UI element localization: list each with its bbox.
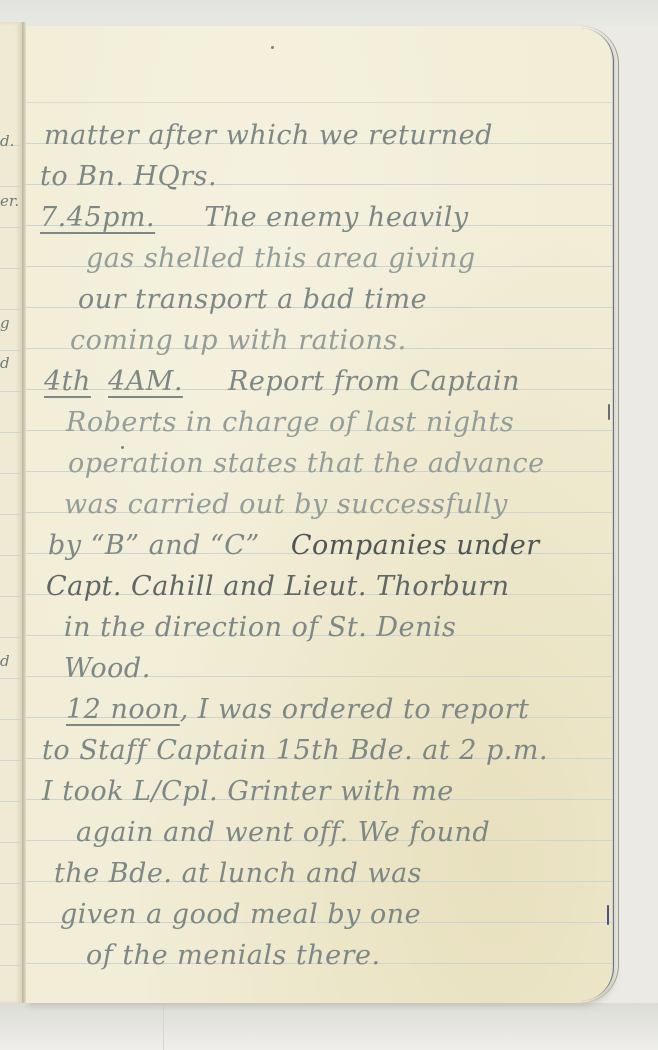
ruled-line: [0, 719, 22, 720]
ruled-line: [0, 473, 22, 474]
entry-time: 4AM.: [108, 366, 183, 397]
ruled-line: [0, 637, 22, 638]
text-line-13: in the direction of St. Denis: [64, 612, 456, 643]
text-line-3: 7.45pm. The enemy heavily: [40, 202, 469, 233]
margin-pencil-mark: [608, 404, 610, 420]
ruled-line: [0, 514, 22, 515]
margin-ink-mark: [607, 905, 609, 925]
line-text: Report from Captain: [228, 366, 520, 397]
previous-page-fragment: er.: [0, 192, 19, 210]
handwritten-text: matter after which we returned to Bn. HQ…: [26, 26, 612, 1003]
line-text: by “B” and “C”: [48, 530, 260, 561]
text-line-18: again and went off. We found: [76, 817, 490, 848]
ruled-line: [0, 268, 22, 269]
line-text: the Bde. at lunch and was: [54, 858, 422, 889]
line-text: Wood.: [64, 653, 151, 684]
line-text: to Staff Captain 15th Bde. at 2 p.m.: [42, 735, 548, 766]
line-text: in the direction of St. Denis: [64, 612, 456, 643]
ruled-line: [0, 801, 22, 802]
text-line-15: 12 noon, I was ordered to report: [66, 694, 529, 725]
text-line-14: Wood.: [64, 653, 151, 684]
line-text: given a good meal by one: [60, 899, 421, 930]
ruled-line: [0, 555, 22, 556]
line-text: our transport a bad time: [78, 284, 427, 315]
ruled-line: [0, 227, 22, 228]
line-text: The enemy heavily: [204, 202, 469, 233]
line-text: Roberts in charge of last nights: [66, 407, 514, 438]
text-line-17: I took L/Cpl. Grinter with me: [42, 776, 454, 807]
scan-background-bottom: [0, 1003, 658, 1050]
previous-page-fragment: d: [0, 354, 10, 372]
text-line-9: operation states that the advance: [68, 448, 545, 479]
line-text-dark: Companies under: [291, 530, 540, 561]
text-line-4: gas shelled this area giving: [86, 243, 476, 274]
ruled-line: [0, 965, 22, 966]
text-line-10: was carried out by successfully: [64, 489, 508, 520]
background-seam: [163, 1003, 164, 1050]
text-line-7: 4th 4AM. Report from Captain: [44, 366, 520, 397]
line-text: to Bn. HQrs.: [40, 161, 217, 192]
line-text: , I was ordered to report: [180, 694, 530, 725]
previous-page-strip: d. er. g d d: [0, 22, 23, 1003]
line-text: was carried out by successfully: [64, 489, 508, 520]
line-text: I took L/Cpl. Grinter with me: [42, 776, 454, 807]
text-line-21: of the menials there.: [86, 940, 381, 971]
entry-time: 12 noon: [66, 694, 180, 725]
line-text: again and went off. We found: [76, 817, 490, 848]
line-text: of the menials there.: [86, 940, 381, 971]
ruled-line: [0, 842, 22, 843]
text-line-5: our transport a bad time: [78, 284, 427, 315]
text-line-8: Roberts in charge of last nights: [66, 407, 514, 438]
ruled-line: [0, 924, 22, 925]
text-line-11: by “B” and “C” Companies under: [48, 530, 540, 561]
ruled-line: [0, 309, 22, 310]
ruled-line: [0, 760, 22, 761]
ruled-line: [0, 350, 22, 351]
entry-date: 4th: [44, 366, 91, 397]
ruled-line: [0, 432, 22, 433]
line-text: operation states that the advance: [68, 448, 545, 479]
ruled-line: [0, 186, 22, 187]
entry-time: 7.45pm.: [40, 202, 155, 233]
line-text: Capt. Cahill and Lieut. Thorburn: [46, 571, 510, 602]
text-line-6: coming up with rations.: [70, 325, 407, 356]
notebook-page: matter after which we returned to Bn. HQ…: [26, 26, 612, 1003]
line-text: matter after which we returned: [44, 120, 493, 151]
text-line-16: to Staff Captain 15th Bde. at 2 p.m.: [42, 735, 548, 766]
line-text: gas shelled this area giving: [86, 243, 476, 274]
text-line-19: the Bde. at lunch and was: [54, 858, 422, 889]
text-line-2: to Bn. HQrs.: [40, 161, 217, 192]
ruled-line: [0, 678, 22, 679]
previous-page-fragment: d.: [0, 132, 14, 150]
ruled-line: [0, 596, 22, 597]
line-text: coming up with rations.: [70, 325, 407, 356]
text-line-20: given a good meal by one: [60, 899, 421, 930]
ruled-line: [0, 883, 22, 884]
previous-page-fragment: g: [0, 314, 10, 332]
ruled-line: [0, 391, 22, 392]
previous-page-fragment: d: [0, 652, 10, 670]
text-line-12: Capt. Cahill and Lieut. Thorburn: [46, 571, 510, 602]
text-line-1: matter after which we returned: [44, 120, 493, 151]
scan-background-top: [0, 0, 658, 26]
